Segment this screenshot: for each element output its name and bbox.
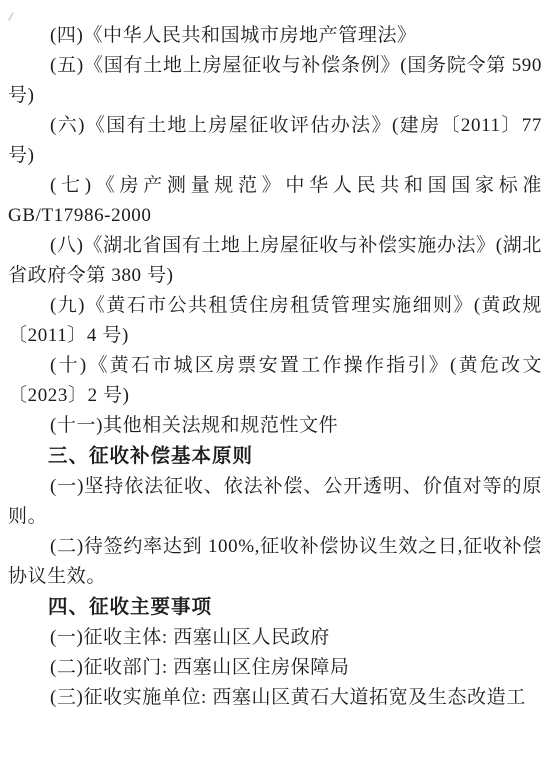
paragraph-law-item-8: (八)《湖北省国有土地上房屋征收与补偿实施办法》(湖北省政府令第 380 号): [8, 231, 542, 291]
paragraph-law-item-9: (九)《黄石市公共租赁住房租赁管理实施细则》(黄政规〔2011〕4 号): [8, 291, 542, 351]
paragraph-expropriation-dept: (二)征收部门: 西塞山区住房保障局: [8, 653, 542, 683]
paragraph-law-item-6: (六)《国有土地上房屋征收评估办法》(建房〔2011〕77 号): [8, 111, 542, 171]
paragraph-principle-1: (一)坚持依法征收、依法补偿、公开透明、价值对等的原则。: [8, 472, 542, 532]
paragraph-law-item-4: (四)《中华人民共和国城市房地产管理法》: [8, 21, 542, 51]
document-page: (四)《中华人民共和国城市房地产管理法》 (五)《国有土地上房屋征收与补偿条例》…: [0, 0, 548, 758]
paragraph-expropriation-subject: (一)征收主体: 西塞山区人民政府: [8, 623, 542, 653]
paragraph-implementing-unit: (三)征收实施单位: 西塞山区黄石大道拓宽及生态改造工: [8, 683, 542, 713]
paragraph-law-item-11: (十一)其他相关法规和规范性文件: [8, 411, 542, 441]
section-heading-principles: 三、征收补偿基本原则: [8, 441, 542, 472]
scan-artifact: [8, 12, 14, 21]
paragraph-law-item-7: (七)《房产测量规范》中华人民共和国国家标准GB/T17986-2000: [8, 171, 542, 231]
paragraph-law-item-10: (十)《黄石市城区房票安置工作操作指引》(黄危改文〔2023〕2 号): [8, 351, 542, 411]
paragraph-law-item-5: (五)《国有土地上房屋征收与补偿条例》(国务院令第 590 号): [8, 51, 542, 111]
paragraph-principle-2: (二)待签约率达到 100%,征收补偿协议生效之日,征收补偿协议生效。: [8, 532, 542, 592]
section-heading-main-matters: 四、征收主要事项: [8, 592, 542, 623]
